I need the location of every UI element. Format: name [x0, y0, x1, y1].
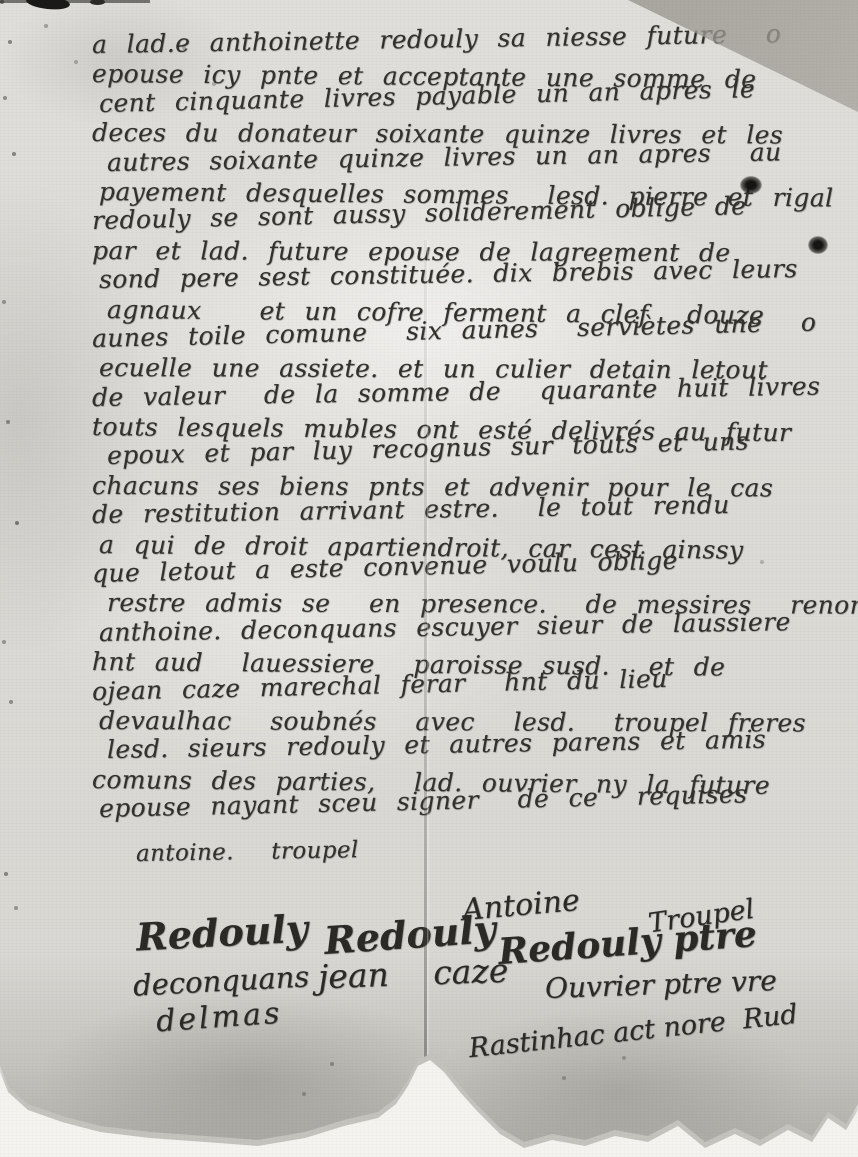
signature-ouvrier-ptre: Ouvrier ptre vre — [544, 964, 777, 1005]
ink-blot — [808, 236, 828, 254]
signature-delmas: delmas — [155, 996, 283, 1040]
ink-blot — [740, 176, 762, 194]
signature-jean-caze: jean caze — [317, 951, 509, 997]
witness-name-line: antoine. troupel — [136, 827, 836, 869]
text-line: a lad.e anthoinette redouly sa niesse fu… — [92, 18, 836, 59]
top-left-ink-mark-small — [90, 0, 105, 5]
top-left-ink-mark — [25, 0, 70, 11]
top-edge-dark-strip — [0, 0, 150, 3]
signature-deconquans: deconquans — [132, 959, 310, 1002]
signature-redouly-ptre: Redouly ptre — [497, 913, 758, 973]
signature-notary: Rastinhac act nore Rud — [467, 999, 799, 1064]
paper-sheet: a lad.e anthoinette redouly sa niesse fu… — [0, 0, 858, 1157]
signature-redouly-1: Redouly — [135, 906, 309, 960]
scanned-manuscript-page: a lad.e anthoinette redouly sa niesse fu… — [0, 0, 858, 1157]
manuscript-body: a lad.e anthoinette redouly sa niesse fu… — [92, 30, 836, 869]
